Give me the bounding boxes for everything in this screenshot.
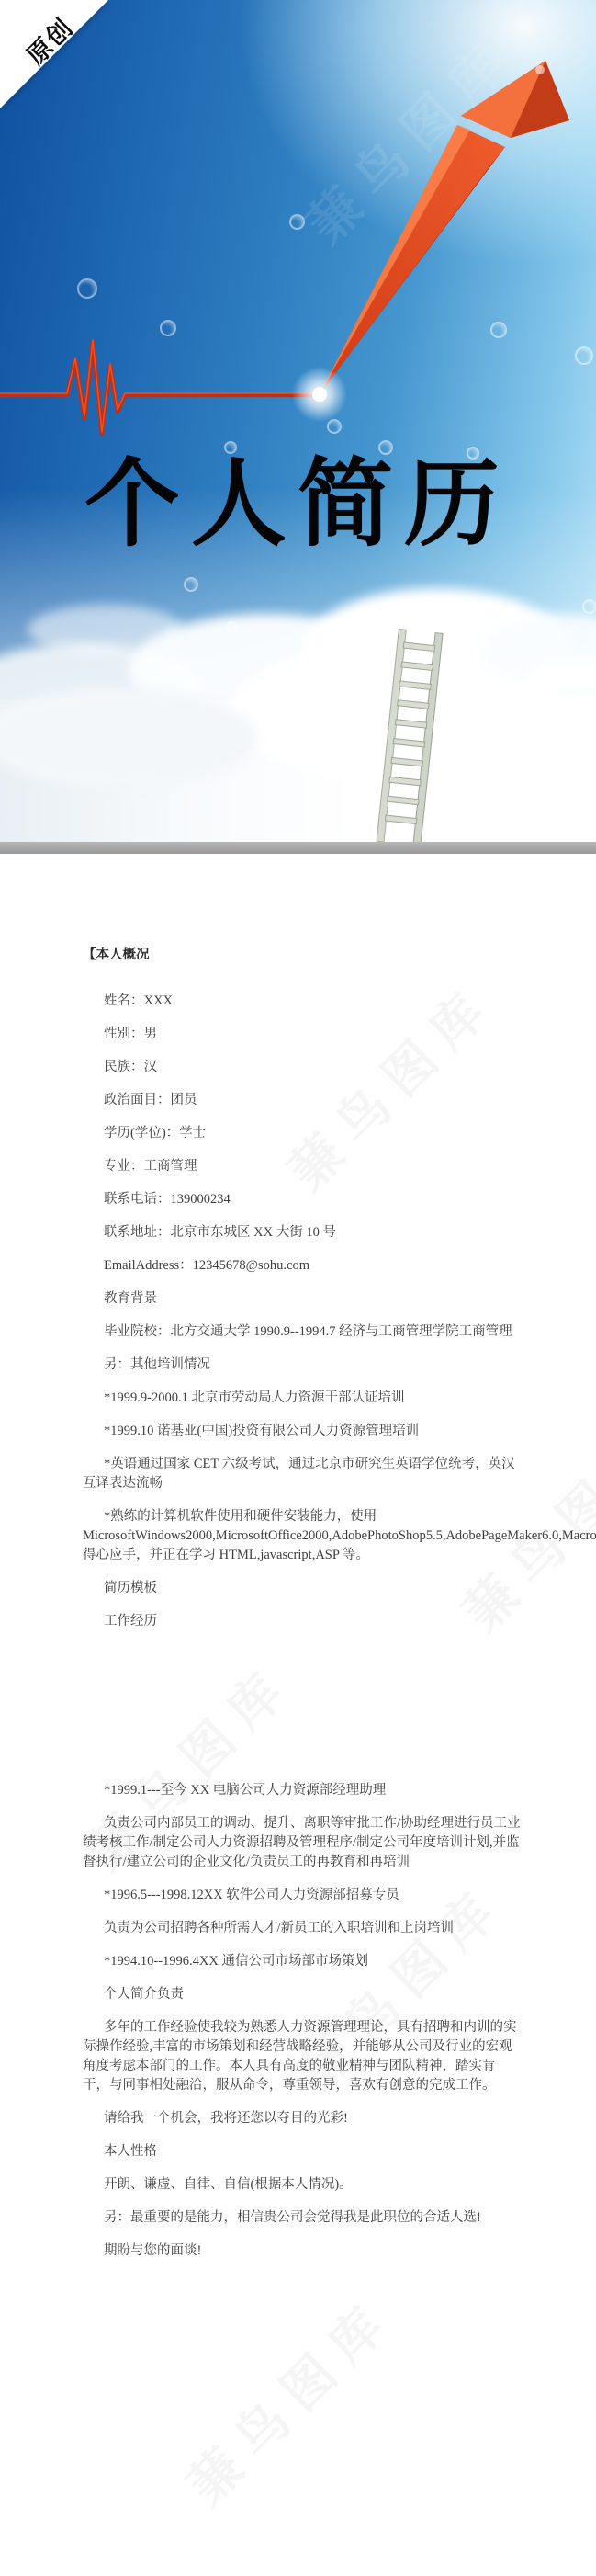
resume-paragraph: 毕业院校：北方交通大学 1990.9--1994.7 经济与工商管理学院工商管理 [83,1322,521,1342]
resume-paragraph: EmailAddress：12345678@sohu.com [83,1256,521,1276]
resume-paragraph: 性别：男 [83,1025,521,1044]
resume-paragraph: 【本人概况 [83,946,521,965]
resume-paragraph: 姓名：XXX [83,992,521,1011]
resume-paragraph: 另：最重要的是能力，相信贵公司会觉得我是此职位的合适人选! [83,2208,521,2228]
glow-core-icon [312,387,327,402]
resume-page: 蒹鸟图库 蒹鸟图库 [0,0,596,2576]
resume-paragraph: 学历(学位)：学士 [83,1124,521,1143]
resume-paragraph: 工作经历 [83,1612,521,1631]
ladder-icon [377,629,443,842]
resume-paragraph: *1999.1---至今 XX 电脑公司人力资源部经理助理 [83,1781,521,1800]
resume-paragraph: 本人性格 [83,2142,521,2162]
resume-paragraph: 请给我一个机会，我将还您以夺目的光彩! [83,2109,521,2128]
resume-paragraph: 多年的工作经验使我较为熟悉人力资源管理理论，具有招聘和内训的实际操作经验,丰富的… [83,2018,521,2095]
divider-bar [0,842,596,854]
resume-paragraph: 个人简介负责 [83,1985,521,2004]
resume-paragraph: *1999.9-2000.1 北京市劳动局人力资源干部认证培训 [83,1389,521,1408]
resume-paragraph: *1994.10--1996.4XX 通信公司市场部市场策划 [83,1952,521,1971]
page-title: 个人简历 [77,452,518,555]
resume-paragraph: 简历模板 [83,1579,521,1598]
resume-paragraph: 政治面目：团员 [83,1091,521,1110]
resume-paragraph: *英语通过国家 CET 六级考试，通过北京市研究生英语学位统考，英汉互译表达流畅 [83,1455,521,1493]
resume-paragraph: *1996.5---1998.12XX 软件公司人力资源部招募专员 [83,1886,521,1905]
resume-paragraph: 民族：汉 [83,1058,521,1077]
hero-graphics [0,0,596,842]
resume-body: 【本人概况姓名：XXX性别：男民族：汉政治面目：团员学历(学位)：学士专业：工商… [0,854,596,2576]
heartbeat-line-icon [0,340,317,434]
resume-paragraph: *1999.10 诺基亚(中国)投资有限公司人力资源管理培训 [83,1422,521,1441]
resume-paragraph: 负责公司内部员工的调动、提升、离职等审批工作/协助经理进行员工业绩考核工作/制定… [83,1814,521,1872]
resume-paragraph: 联系地址：北京市东城区 XX 大街 10 号 [83,1223,521,1243]
resume-paragraph: 开朗、谦虚、自律、自信(根据本人情况)。 [83,2175,521,2195]
resume-paragraph: 负责为公司招聘各种所需人才/新员工的入职培训和上岗培训 [83,1919,521,1938]
rising-arrow-icon [320,61,569,394]
hero-banner: 蒹鸟图库 蒹鸟图库 [0,0,596,842]
resume-paragraph: 专业：工商管理 [83,1157,521,1176]
resume-paragraph: 教育背景 [83,1289,521,1309]
resume-paragraph: *熟练的计算机软件使用和硬件安装能力，使用 MicrosoftWindows20… [83,1507,521,1565]
resume-paragraph: 期盼与您的面谈! [83,2241,521,2261]
resume-paragraph: 另：其他培训情况 [83,1356,521,1375]
resume-paragraph: 联系电话：139000234 [83,1190,521,1209]
